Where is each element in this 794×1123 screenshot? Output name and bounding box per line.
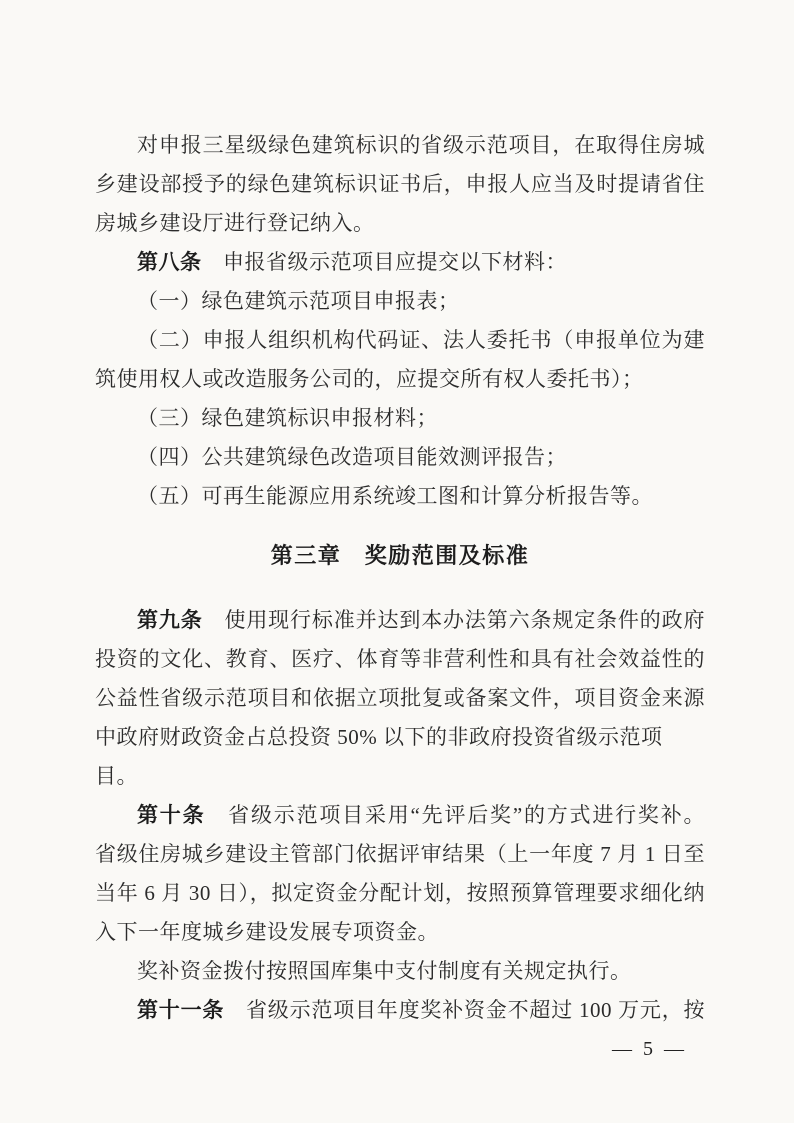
paragraph: （四）公共建筑绿色改造项目能效测评报告； xyxy=(95,438,705,477)
text-line: （三）绿色建筑标识申报材料； xyxy=(95,399,705,438)
text-line: 第九条 使用现行标准并达到本办法第六条规定条件的政府 xyxy=(95,601,705,640)
text-line: 房城乡建设厅进行登记纳入。 xyxy=(95,204,705,243)
article-number: 第十一条 xyxy=(137,998,224,1022)
text-line: 筑使用权人或改造服务公司的，应提交所有权人委托书）； xyxy=(95,360,705,399)
paragraph: 第九条 使用现行标准并达到本办法第六条规定条件的政府投资的文化、教育、医疗、体育… xyxy=(95,601,705,796)
text-line: 第十一条 省级示范项目年度奖补资金不超过 100 万元，按 xyxy=(95,991,705,1030)
paragraph: 第十一条 省级示范项目年度奖补资金不超过 100 万元，按 xyxy=(95,991,705,1030)
text-line: 公益性省级示范项目和依据立项批复或备案文件，项目资金来源 xyxy=(95,679,705,718)
paragraph: （五）可再生能源应用系统竣工图和计算分析报告等。 xyxy=(95,477,705,516)
scanned-document-page: 对申报三星级绿色建筑标识的省级示范项目，在取得住房城乡建设部授予的绿色建筑标识证… xyxy=(0,0,794,1123)
paragraph: （二）申报人组织机构代码证、法人委托书（申报单位为建筑使用权人或改造服务公司的，… xyxy=(95,321,705,399)
article-number: 第八条 xyxy=(137,250,202,274)
text-line: 乡建设部授予的绿色建筑标识证书后，申报人应当及时提请省住 xyxy=(95,165,705,204)
paragraph: 第八条 申报省级示范项目应提交以下材料： xyxy=(95,243,705,282)
text-line: 中政府财政资金占总投资 50% 以下的非政府投资省级示范项目。 xyxy=(95,718,705,796)
text-line: （一）绿色建筑示范项目申报表； xyxy=(95,282,705,321)
chapter-heading: 第三章 奖励范围及标准 xyxy=(95,536,705,575)
text-line: 入下一年度城乡建设发展专项资金。 xyxy=(95,913,705,952)
text-line: （五）可再生能源应用系统竣工图和计算分析报告等。 xyxy=(95,477,705,516)
text-line: 第八条 申报省级示范项目应提交以下材料： xyxy=(95,243,705,282)
text-line: （四）公共建筑绿色改造项目能效测评报告； xyxy=(95,438,705,477)
text-line: 投资的文化、教育、医疗、体育等非营利性和具有社会效益性的 xyxy=(95,640,705,679)
paragraph: 第十条 省级示范项目采用“先评后奖”的方式进行奖补。省级住房城乡建设主管部门依据… xyxy=(95,796,705,952)
text-line: （二）申报人组织机构代码证、法人委托书（申报单位为建 xyxy=(95,321,705,360)
page-number: — 5 — xyxy=(95,1030,705,1069)
paragraph: （三）绿色建筑标识申报材料； xyxy=(95,399,705,438)
text-line: 第十条 省级示范项目采用“先评后奖”的方式进行奖补。 xyxy=(95,796,705,835)
document-body: 对申报三星级绿色建筑标识的省级示范项目，在取得住房城乡建设部授予的绿色建筑标识证… xyxy=(95,126,705,1069)
article-number: 第九条 xyxy=(137,608,203,632)
article-number: 第十条 xyxy=(137,803,205,827)
text-line: 对申报三星级绿色建筑标识的省级示范项目，在取得住房城 xyxy=(95,126,705,165)
paragraph: 奖补资金拨付按照国库集中支付制度有关规定执行。 xyxy=(95,952,705,991)
paragraph: 对申报三星级绿色建筑标识的省级示范项目，在取得住房城乡建设部授予的绿色建筑标识证… xyxy=(95,126,705,243)
text-line: 省级住房城乡建设主管部门依据评审结果（上一年度 7 月 1 日至 xyxy=(95,835,705,874)
paragraph: （一）绿色建筑示范项目申报表； xyxy=(95,282,705,321)
text-line: 当年 6 月 30 日），拟定资金分配计划，按照预算管理要求细化纳 xyxy=(95,874,705,913)
text-line: 奖补资金拨付按照国库集中支付制度有关规定执行。 xyxy=(95,952,705,991)
